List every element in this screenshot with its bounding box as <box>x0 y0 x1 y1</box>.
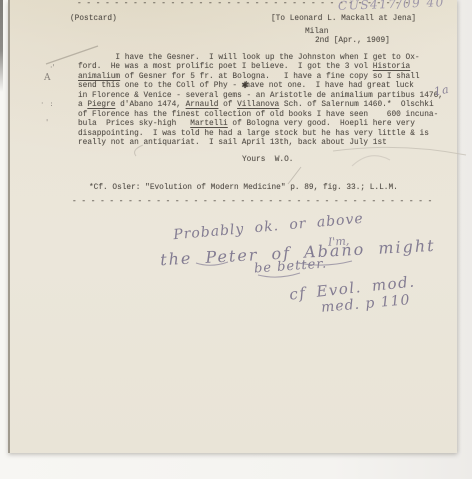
dashed-rule-bottom: - - - - - - - - - - - - - - - - - - - - … <box>72 198 437 207</box>
typed-line: disappointing. I was told he had a large… <box>78 130 443 139</box>
right-margin-pencil-mark: 1a <box>433 83 451 99</box>
margin-pencil-mark: · : <box>41 99 55 108</box>
postcard-label: (Postcard) <box>70 15 117 24</box>
margin-pencil-mark-a: A <box>44 73 51 83</box>
closing-signature: Yours W.O. <box>242 156 293 165</box>
typed-line: of Florence has the finest collection of… <box>78 111 443 120</box>
margin-pencil-mark: ' <box>46 118 48 127</box>
scanned-postcard-transcript: - - - - - - - - - - - - - - - - - - - - … <box>0 0 472 479</box>
typed-line: a Piegre d'Abano 1474, Arnauld of Villan… <box>78 101 443 110</box>
margin-pencil-mark: ·' <box>50 63 55 72</box>
typed-body: I have the Gesner. I will look up the Jo… <box>78 54 443 149</box>
typed-line: bula Prices sky-high Martelli of Bologna… <box>78 120 443 129</box>
typed-line: animalium of Gesner for 5 fr. at Bologna… <box>78 73 443 82</box>
recipient-line: [To Leonard L. Mackall at Jena] <box>271 15 416 24</box>
footnote: *Cf. Osler: "Evolution of Modern Medicin… <box>89 184 398 193</box>
typed-line: send this one to the Coll of Phy - ✱have… <box>78 82 443 91</box>
scan-edge-shadow <box>0 0 3 92</box>
typed-line: in Florence & Venice - several gems - an… <box>78 92 443 101</box>
typed-line: really not an antiquariat. I sail April … <box>78 139 443 148</box>
date-line: 2nd [Apr., 1909] <box>315 37 390 46</box>
typed-line: ford. He was a most prolific poet I beli… <box>78 63 443 72</box>
